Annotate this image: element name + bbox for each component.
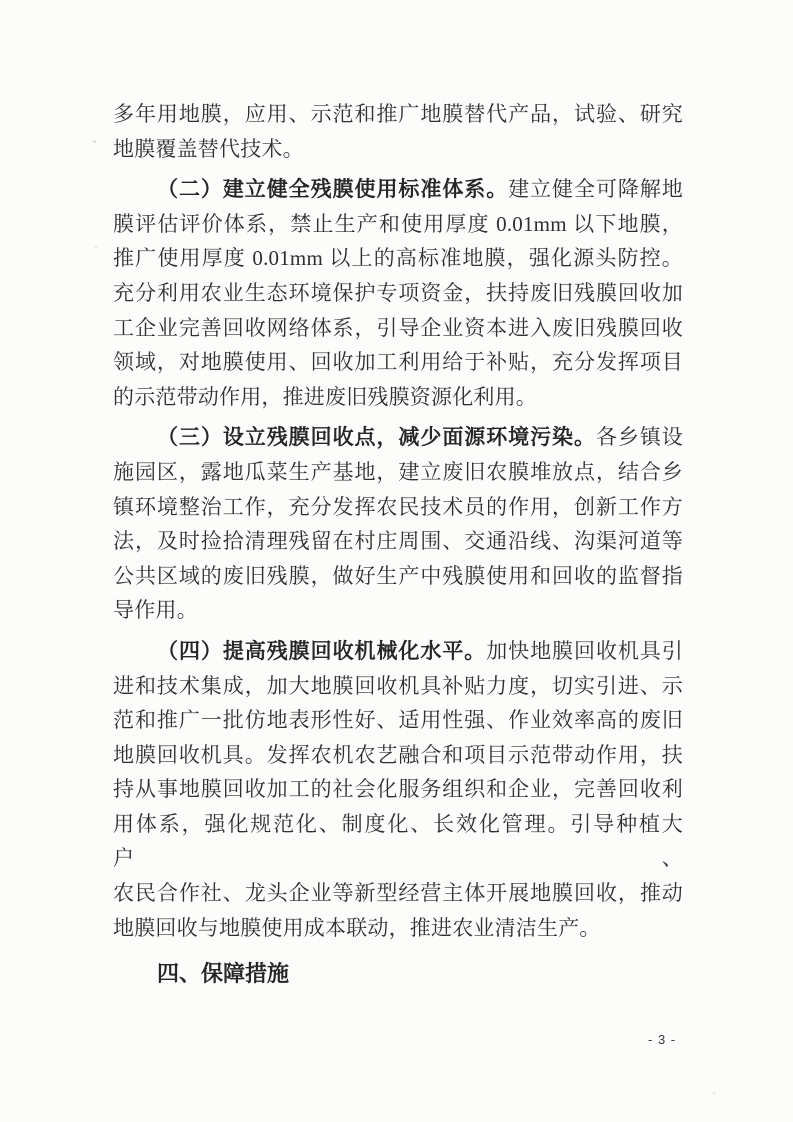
scan-speck [713, 1092, 715, 1094]
line-text: 膜评估评价体系，禁止生产和使用厚度 0.01mm 以下地膜， [113, 212, 683, 236]
text-line: 农民合作社、龙头企业等新型经营主体开展地膜回收，推动 [113, 876, 683, 911]
text-line: 施园区，露地瓜菜生产基地，建立废旧农膜堆放点，结合乡 [113, 455, 683, 490]
line-text: 建立健全可降解地 [508, 177, 683, 201]
line-text: 多年用地膜，应用、示范和推广地膜替代产品，试验、研究 [113, 102, 683, 126]
line-text: 农民合作社、龙头企业等新型经营主体开展地膜回收，推动 [113, 881, 683, 905]
text-line: 范和推广一批仿地表形性好、适用性强、作业效率高的废旧 [113, 703, 683, 738]
line-text: 施园区，露地瓜菜生产基地，建立废旧农膜堆放点，结合乡 [113, 460, 683, 484]
text-line: 膜评估评价体系，禁止生产和使用厚度 0.01mm 以下地膜， [113, 207, 683, 242]
text-line: 地膜回收机具。发挥农机农艺融合和项目示范带动作用，扶 [113, 738, 683, 773]
text-line: 进和技术集成，加大地膜回收机具补贴力度，切实引进、示 [113, 669, 683, 704]
page-number: - 3 - [648, 1032, 676, 1047]
paragraph-lead: （三）设立残膜回收点，减少面源环境污染。 [157, 425, 596, 449]
text-line: 导作用。 [113, 593, 683, 628]
line-text: 地膜回收与地膜使用成本联动，推进农业清洁生产。 [113, 916, 601, 940]
text-line: 地膜回收与地膜使用成本联动，推进农业清洁生产。 [113, 911, 683, 946]
text-line: 工企业完善回收网络体系，引导企业资本进入废旧残膜回收 [113, 311, 683, 346]
document-body: 多年用地膜，应用、示范和推广地膜替代产品，试验、研究地膜覆盖替代技术。（二）建立… [113, 97, 683, 992]
paragraph-lead: （四）提高残膜回收机械化水平。 [157, 639, 486, 663]
line-text: 镇环境整治工作，充分发挥农民技术员的作用，创新工作方 [113, 495, 683, 519]
text-line: 法，及时捡拾清理残留在村庄周围、交通沿线、沟渠河道等 [113, 524, 683, 559]
section-heading: 四、保障措施 [113, 957, 683, 992]
text-line: 的示范带动作用，推进废旧残膜资源化利用。 [113, 380, 683, 415]
line-text: 地膜覆盖替代技术。 [113, 137, 304, 161]
line-text: 的示范带动作用，推进废旧残膜资源化利用。 [113, 385, 537, 409]
text-line: 公共区域的废旧残膜，做好生产中残膜使用和回收的监督指 [113, 559, 683, 594]
text-line: 用体系，强化规范化、制度化、长效化管理。引导种植大户、 [113, 807, 683, 876]
text-line: 推广使用厚度 0.01mm 以上的高标准地膜，强化源头防控。 [113, 241, 683, 276]
line-text: 法，及时捡拾清理残留在村庄周围、交通沿线、沟渠河道等 [113, 529, 683, 553]
line-text: 领域，对地膜使用、回收加工利用给于补贴，充分发挥项目 [113, 350, 683, 374]
line-text: 持从事地膜回收加工的社会化服务组织和企业，完善回收利 [113, 777, 683, 801]
line-text: 公共区域的废旧残膜，做好生产中残膜使用和回收的监督指 [113, 564, 683, 588]
line-text: 导作用。 [113, 598, 198, 622]
text-line: （三）设立残膜回收点，减少面源环境污染。各乡镇设 [113, 420, 683, 455]
line-text: 用体系，强化规范化、制度化、长效化管理。引导种植大户、 [113, 812, 683, 871]
scan-speck [95, 246, 97, 248]
text-line: （二）建立健全残膜使用标准体系。建立健全可降解地 [113, 172, 683, 207]
line-text: 充分利用农业生态环境保护专项资金，扶持废旧残膜回收加 [113, 281, 683, 305]
scan-speck [93, 140, 96, 143]
text-line: （四）提高残膜回收机械化水平。加快地膜回收机具引 [113, 634, 683, 669]
line-text: 进和技术集成，加大地膜回收机具补贴力度，切实引进、示 [113, 674, 683, 698]
text-line: 持从事地膜回收加工的社会化服务组织和企业，完善回收利 [113, 772, 683, 807]
document-page: 多年用地膜，应用、示范和推广地膜替代产品，试验、研究地膜覆盖替代技术。（二）建立… [0, 0, 793, 1122]
line-text: 工企业完善回收网络体系，引导企业资本进入废旧残膜回收 [113, 316, 683, 340]
line-text: 推广使用厚度 0.01mm 以上的高标准地膜，强化源头防控。 [113, 246, 683, 270]
text-line: 多年用地膜，应用、示范和推广地膜替代产品，试验、研究 [113, 97, 683, 132]
line-text: 地膜回收机具。发挥农机农艺融合和项目示范带动作用，扶 [113, 743, 683, 767]
paragraph-lead: （二）建立健全残膜使用标准体系。 [157, 177, 508, 201]
text-line: 充分利用农业生态环境保护专项资金，扶持废旧残膜回收加 [113, 276, 683, 311]
line-text: 范和推广一批仿地表形性好、适用性强、作业效率高的废旧 [113, 708, 683, 732]
text-line: 领域，对地膜使用、回收加工利用给于补贴，充分发挥项目 [113, 345, 683, 380]
line-text: 加快地膜回收机具引 [486, 639, 683, 663]
line-text: 各乡镇设 [596, 425, 683, 449]
text-line: 镇环境整治工作，充分发挥农民技术员的作用，创新工作方 [113, 490, 683, 525]
text-line: 地膜覆盖替代技术。 [113, 132, 683, 167]
